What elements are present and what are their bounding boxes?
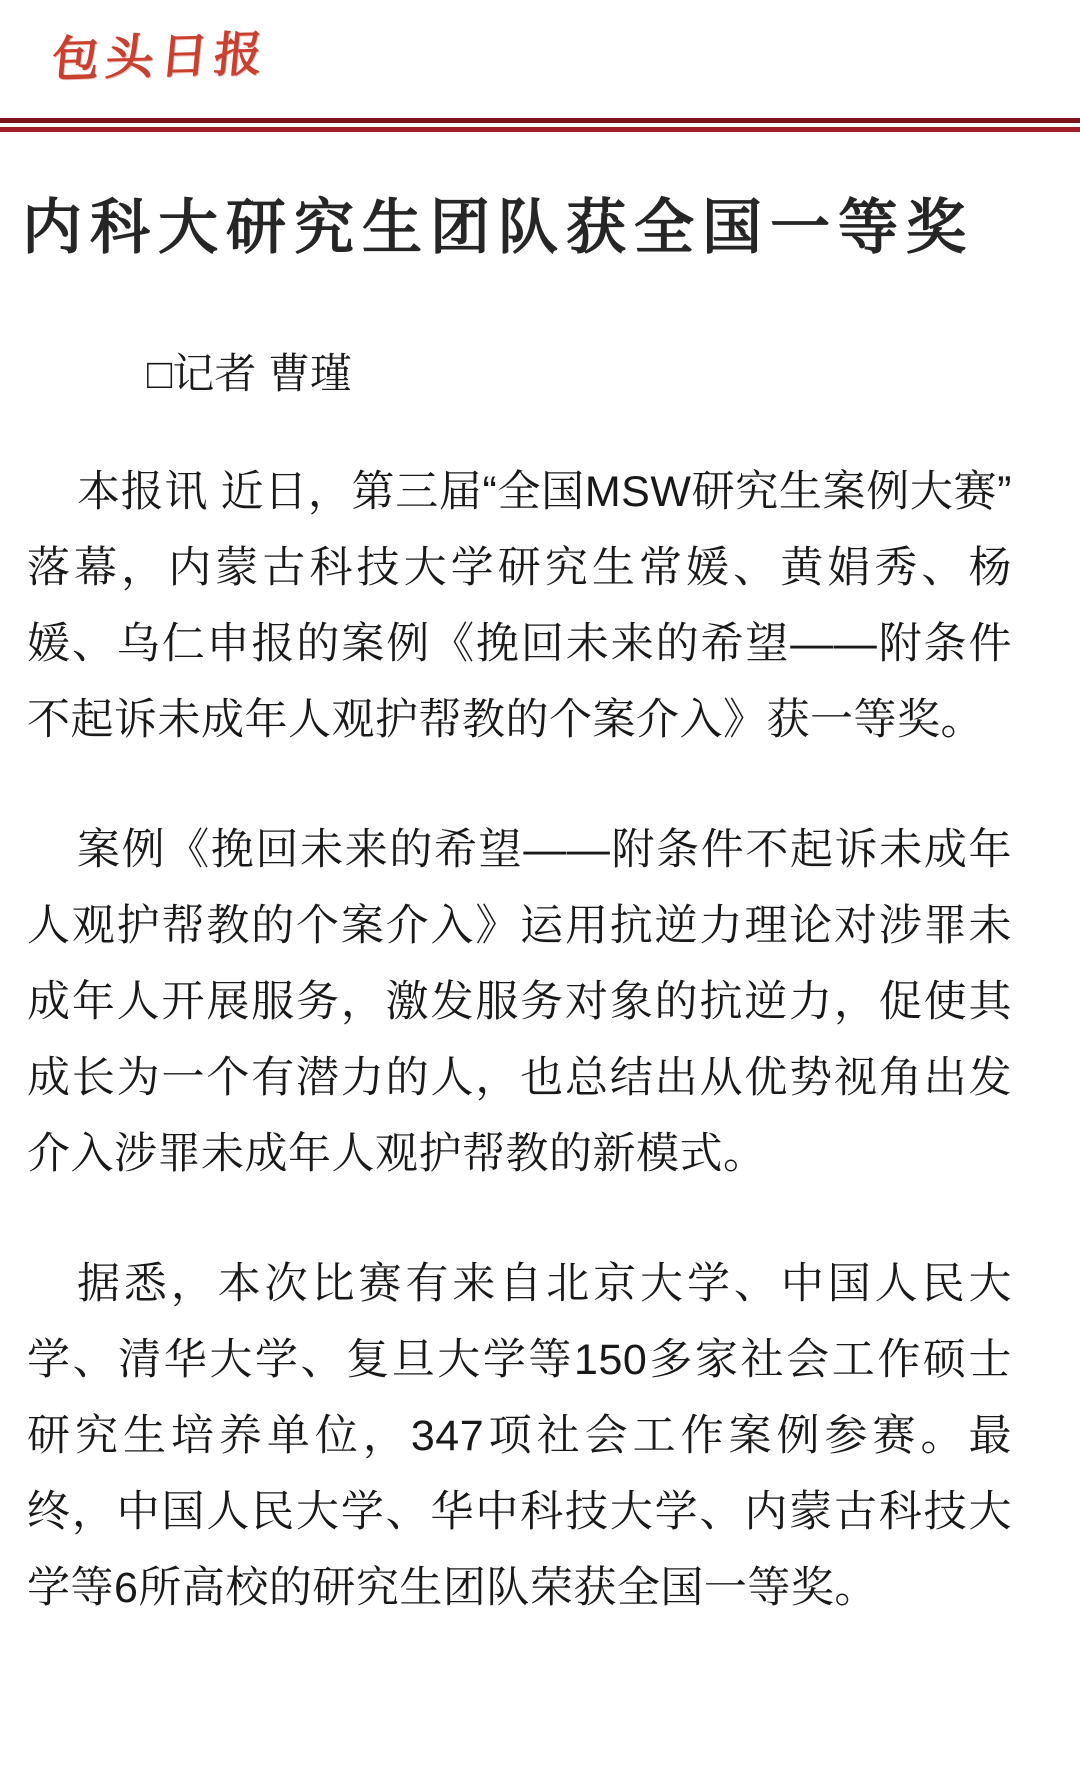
masthead: 包头日报	[0, 0, 1080, 90]
divider-line-bottom	[0, 127, 1080, 132]
article-paragraph-2: 案例《挽回未来的希望——附条件不起诉未成年人观护帮教的个案介入》运用抗逆力理论对…	[27, 812, 1012, 1192]
newspaper-logo: 包头日报	[49, 23, 272, 91]
article-byline: □记者 曹瑾	[147, 348, 1012, 400]
article-page: 包头日报 内科大研究生团队获全国一等奖 □记者 曹瑾 本报讯 近日，第三届“全国…	[0, 0, 1080, 1766]
article-paragraph-1: 本报讯 近日，第三届“全国MSW研究生案例大赛”落幕，内蒙古科技大学研究生常媛、…	[27, 454, 1012, 758]
article-title: 内科大研究生团队获全国一等奖	[22, 190, 1012, 266]
article-paragraph-3: 据悉，本次比赛有来自北京大学、中国人民大学、清华大学、复旦大学等150多家社会工…	[27, 1246, 1012, 1626]
article-content: 内科大研究生团队获全国一等奖 □记者 曹瑾 本报讯 近日，第三届“全国MSW研究…	[0, 190, 1080, 1626]
article-body: 本报讯 近日，第三届“全国MSW研究生案例大赛”落幕，内蒙古科技大学研究生常媛、…	[27, 454, 1012, 1626]
masthead-divider	[0, 118, 1080, 132]
